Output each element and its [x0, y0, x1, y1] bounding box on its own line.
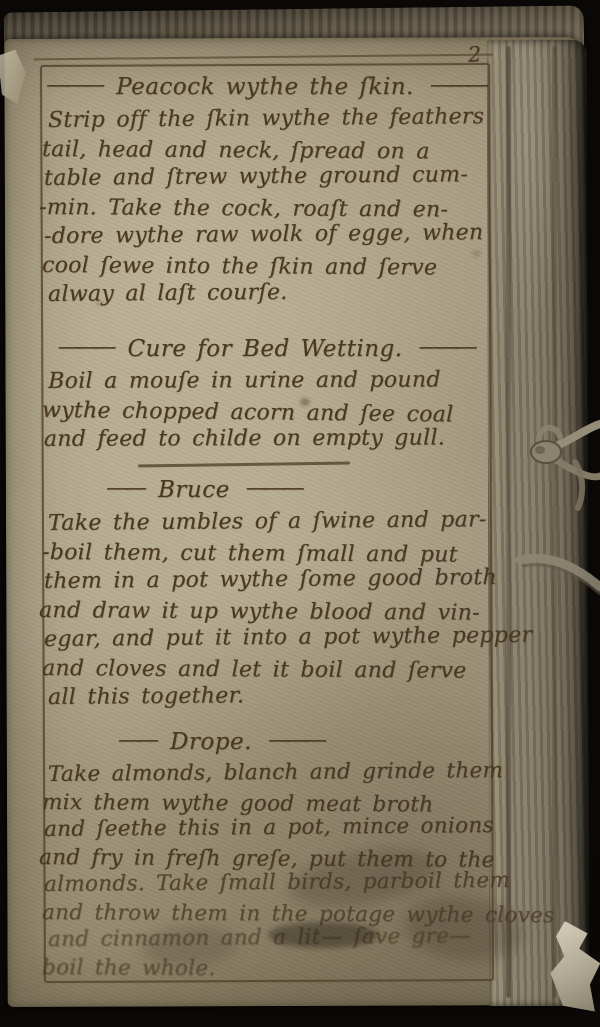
heading-rule-right: ———: [246, 475, 300, 501]
heading-rule-left: ——: [106, 475, 142, 501]
recipe-heading: ——— Peacock wythe the ſkin. ———: [44, 74, 486, 100]
recipe-body: Take the umbles of a ſwine and par- -boi…: [44, 509, 486, 712]
heading-rule-right: ———: [268, 727, 322, 753]
recipe-line: Strip off the ſkin wythe the feathers: [48, 102, 486, 135]
recipe-section-bruce: —— Bruce ——— Take the umbles of a ſwine …: [44, 477, 486, 712]
recipe-line: and ſeethe this in a pot, mince onions: [44, 812, 486, 843]
recipe-line: egar, and put it into a pot wythe pepper: [44, 621, 486, 654]
stain-spot: [96, 300, 103, 306]
recipe-heading: —— Drope. ———: [44, 729, 486, 755]
recipe-body: Boil a mouſe in urine and pound wythe ch…: [44, 367, 486, 456]
recipe-title: Peacock wythe the ſkin.: [116, 74, 414, 100]
page-number: 2: [467, 41, 499, 67]
recipe-section-peacock: ——— Peacock wythe the ſkin. ——— Strip of…: [44, 74, 486, 309]
stain-spot: [472, 250, 481, 257]
recipe-body: Strip off the ſkin wythe the feathers ta…: [44, 106, 486, 309]
heading-rule-left: ——: [118, 727, 154, 753]
heading-rule-right: ———: [419, 334, 473, 360]
recipe-heading: —— Bruce ———: [44, 477, 486, 503]
recipe-title: Cure for Bed Wetting.: [127, 336, 402, 362]
recipe-line: -dore wythe raw wolk of egge, when: [44, 218, 486, 251]
recipe-heading: ——— Cure for Bed Wetting. ———: [44, 336, 486, 362]
recipe-line: alway al laſt courſe.: [48, 276, 486, 309]
ink-smudge: [268, 922, 378, 948]
recipe-line: Take the umbles of a ſwine and par-: [48, 505, 486, 538]
recipe-title: Drope.: [170, 729, 252, 755]
recipe-title: Bruce: [158, 477, 230, 503]
heading-rule-left: ———: [57, 334, 111, 360]
recipe-line: all this together.: [48, 679, 486, 712]
heading-rule-right: ———: [430, 72, 484, 98]
recipe-line: Take almonds, blanch and grinde them: [48, 757, 486, 788]
recipe-line: boil the whole.: [42, 954, 486, 984]
heading-rule-left: ———: [46, 72, 100, 98]
manuscript-photo: 2 ——— Peacock wythe the ſkin. ——— Strip …: [0, 0, 600, 1027]
recipe-line: Boil a mouſe in urine and pound: [48, 365, 486, 396]
recipe-line: table and ſtrew wythe ground cum-: [44, 160, 486, 193]
recipe-line: and feed to childe on empty gull.: [44, 423, 486, 454]
recipe-section-bedwetting: ——— Cure for Bed Wetting. ——— Boil a mou…: [44, 336, 486, 455]
stain-spot: [300, 398, 310, 406]
recipe-line: them in a pot wythe ſome good broth: [44, 563, 486, 596]
leather-tie-knot: [500, 395, 600, 610]
